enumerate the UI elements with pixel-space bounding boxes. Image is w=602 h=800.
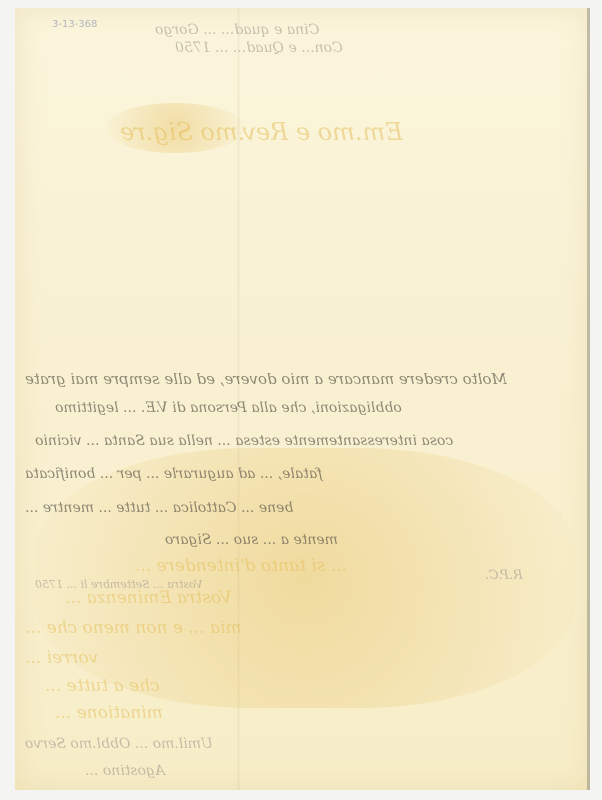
initials: R.P.C.: [485, 568, 523, 583]
paper-edge: [587, 8, 590, 790]
body-line: cosa interessantemente estesa ... nella …: [35, 433, 453, 449]
body-line: bene ... Cattolica ... tutte ... mentre …: [25, 500, 293, 516]
bleed-line: ... si tanto d'intendere ...: [135, 556, 347, 576]
bleed-line: Vostra Eminenza ...: [65, 588, 232, 608]
bleed-line: mia ... e non meno che ...: [25, 618, 242, 638]
salutation-bleed: Em.mo e Rev.mo Sig.re: [120, 118, 403, 146]
body-line: mente a ... suo ... Sigaro: [165, 532, 338, 548]
bleed-line: che a tutte ...: [45, 676, 160, 696]
header-note-1: Cina e quad... ... Gorgo: [155, 22, 319, 38]
body-line: obbligazioni, che alla Persona di V.E. .…: [55, 400, 402, 416]
signature-line-1: Umil.mo ... Obbl.mo Servo: [25, 736, 213, 752]
body-line: fatale, ... ad augurarle ... per ... bon…: [25, 466, 322, 482]
header-note-2: Con... e Quad... ... 1750: [175, 40, 343, 56]
archive-number: 3-13-368: [52, 19, 97, 30]
bleed-line: minatione ...: [55, 703, 163, 723]
margin-note: Vostra ... Settembre li ... 1750: [35, 578, 203, 591]
signature-line-2: Agostino ...: [85, 763, 165, 779]
body-line: Molto credere mancare a mio dovere, ed a…: [25, 370, 507, 388]
manuscript-page: 3-13-368 Cina e quad... ... Gorgo Con...…: [15, 8, 590, 790]
bleed-line: vorrei ...: [25, 648, 98, 668]
